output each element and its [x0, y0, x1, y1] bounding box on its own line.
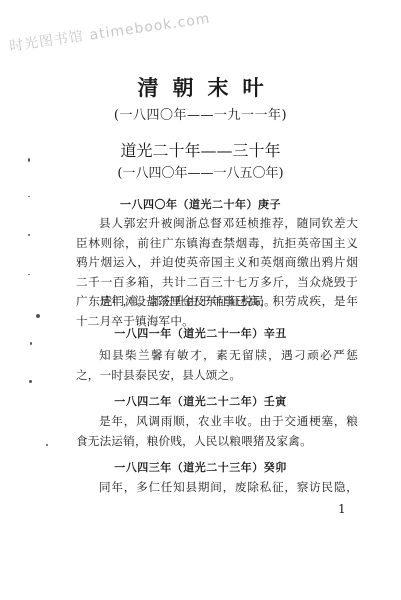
- chapter-title-span: (一八四〇年——一九一一年): [0, 104, 401, 123]
- paragraph-1840-b: 是年，设盐茶厘金及东征征税局。: [76, 292, 358, 312]
- paragraph-1842: 是年，风调雨顺，农业丰收。由于交通梗塞，粮食无法运销，粮价贱，人民以粮喂猪及家禽…: [76, 412, 358, 451]
- scan-artifact: [46, 444, 48, 446]
- watermark-site-name: 时光图书馆: [8, 29, 84, 55]
- watermark-url: atimebook.com: [89, 11, 212, 44]
- paragraph-1840-a: 县人郭宏升被闽浙总督邓廷桢推荐，随同钦差大臣林则徐，前往广东镇海查禁烟毒，抗拒英…: [76, 214, 358, 331]
- scan-artifact: [36, 314, 40, 318]
- scan-artifact: [28, 274, 30, 275]
- year-heading-1843: 一八四三年（道光二十三年）癸卯: [0, 459, 401, 475]
- scan-artifact: [28, 196, 30, 197]
- scan-artifact: [28, 158, 30, 162]
- book-page: 时光图书馆atimebook.com 清朝末叶 (一八四〇年——一九一一年) 道…: [0, 0, 401, 600]
- year-heading-1841: 一八四一年（道光二十一年）辛丑: [0, 325, 401, 341]
- chapter-title: 清朝末叶: [0, 72, 401, 102]
- page-number: 1: [338, 502, 346, 516]
- scan-artifact: [28, 234, 30, 236]
- paragraph-1841: 知县柴兰馨有敏才，素无留牍，遇刁顽必严惩之，一时县泰民安，县人颂之。: [76, 346, 358, 385]
- year-heading-1840: 一八四〇年（道光二十年）庚子: [0, 196, 401, 212]
- watermark: 时光图书馆atimebook.com: [8, 8, 211, 56]
- reign-heading: 道光二十年——三十年: [0, 138, 401, 161]
- year-heading-1842: 一八四二年（道光二十二年）壬寅: [0, 393, 401, 409]
- paragraph-1843: 同年，多仁任知县期间，废除私征，察访民隐，暇时与: [76, 478, 358, 498]
- scan-artifact: [29, 380, 32, 383]
- reign-span: (一八四〇年——一八五〇年): [0, 162, 401, 181]
- scan-artifact: [30, 342, 32, 345]
